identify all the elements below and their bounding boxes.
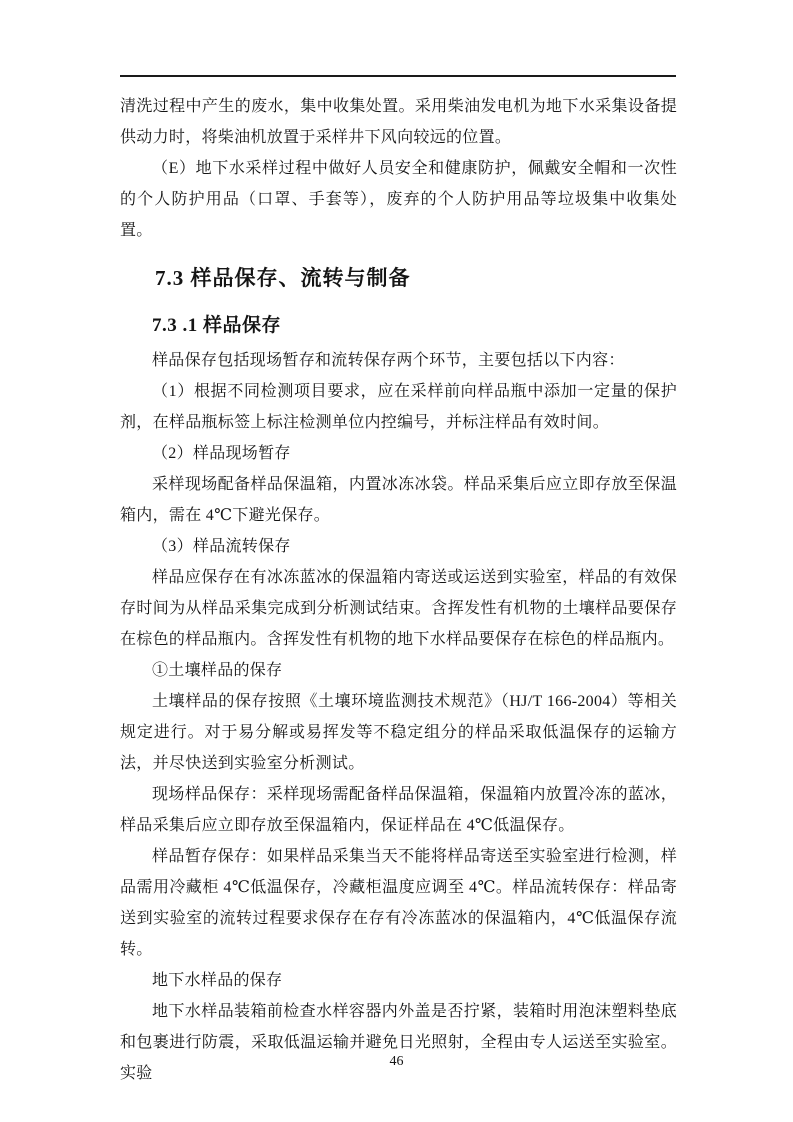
paragraph-temp-storage: 样品暂存保存：如果样品采集当天不能将样品寄送至实验室进行检测，样品需用冷藏柜 4… [120,841,677,965]
page-number: 46 [0,1052,793,1072]
paragraph-item-2-title: （2）样品现场暂存 [120,438,677,469]
page-content: 清洗过程中产生的废水，集中收集处置。采用柴油发电机为地下水采集设备提供动力时，将… [120,91,677,1089]
paragraph-item-3-title: （3）样品流转保存 [120,531,677,562]
paragraph-item-2-body: 采样现场配备样品保温箱，内置冰冻冰袋。样品采集后应立即存放至保温箱内，需在 4℃… [120,469,677,531]
paragraph-item-e: （E）地下水采样过程中做好人员安全和健康防护，佩戴安全帽和一次性的个人防护用品（… [120,153,677,246]
paragraph-site-storage: 现场样品保存：采样现场需配备样品保温箱，保温箱内放置冷冻的蓝冰，样品采集后应立即… [120,779,677,841]
subsection-heading-7-3-1: 7.3 .1 样品保存 [120,310,677,341]
paragraph-groundwater-title: 地下水样品的保存 [120,965,677,996]
paragraph-soil-sample-standard: 土壤样品的保存按照《土壤环境监测技术规范》（HJ/T 166-2004）等相关规… [120,686,677,779]
header-rule [120,75,676,77]
paragraph-groundwater-body: 地下水样品装箱前检查水样容器内外盖是否拧紧，装箱时用泡沫塑料垫底和包裹进行防震，… [120,996,677,1089]
paragraph-intro: 样品保存包括现场暂存和流转保存两个环节，主要包括以下内容： [120,345,677,376]
paragraph-item-3-body: 样品应保存在有冰冻蓝冰的保温箱内寄送或运送到实验室，样品的有效保存时间为从样品采… [120,562,677,655]
paragraph-soil-sample-title: ①土壤样品的保存 [120,655,677,686]
paragraph-item-1: （1）根据不同检测项目要求，应在采样前向样品瓶中添加一定量的保护剂，在样品瓶标签… [120,376,677,438]
paragraph-continuation: 清洗过程中产生的废水，集中收集处置。采用柴油发电机为地下水采集设备提供动力时，将… [120,91,677,153]
document-page: 清洗过程中产生的废水，集中收集处置。采用柴油发电机为地下水采集设备提供动力时，将… [0,0,793,1122]
section-heading-7-3: 7.3 样品保存、流转与制备 [120,263,677,294]
